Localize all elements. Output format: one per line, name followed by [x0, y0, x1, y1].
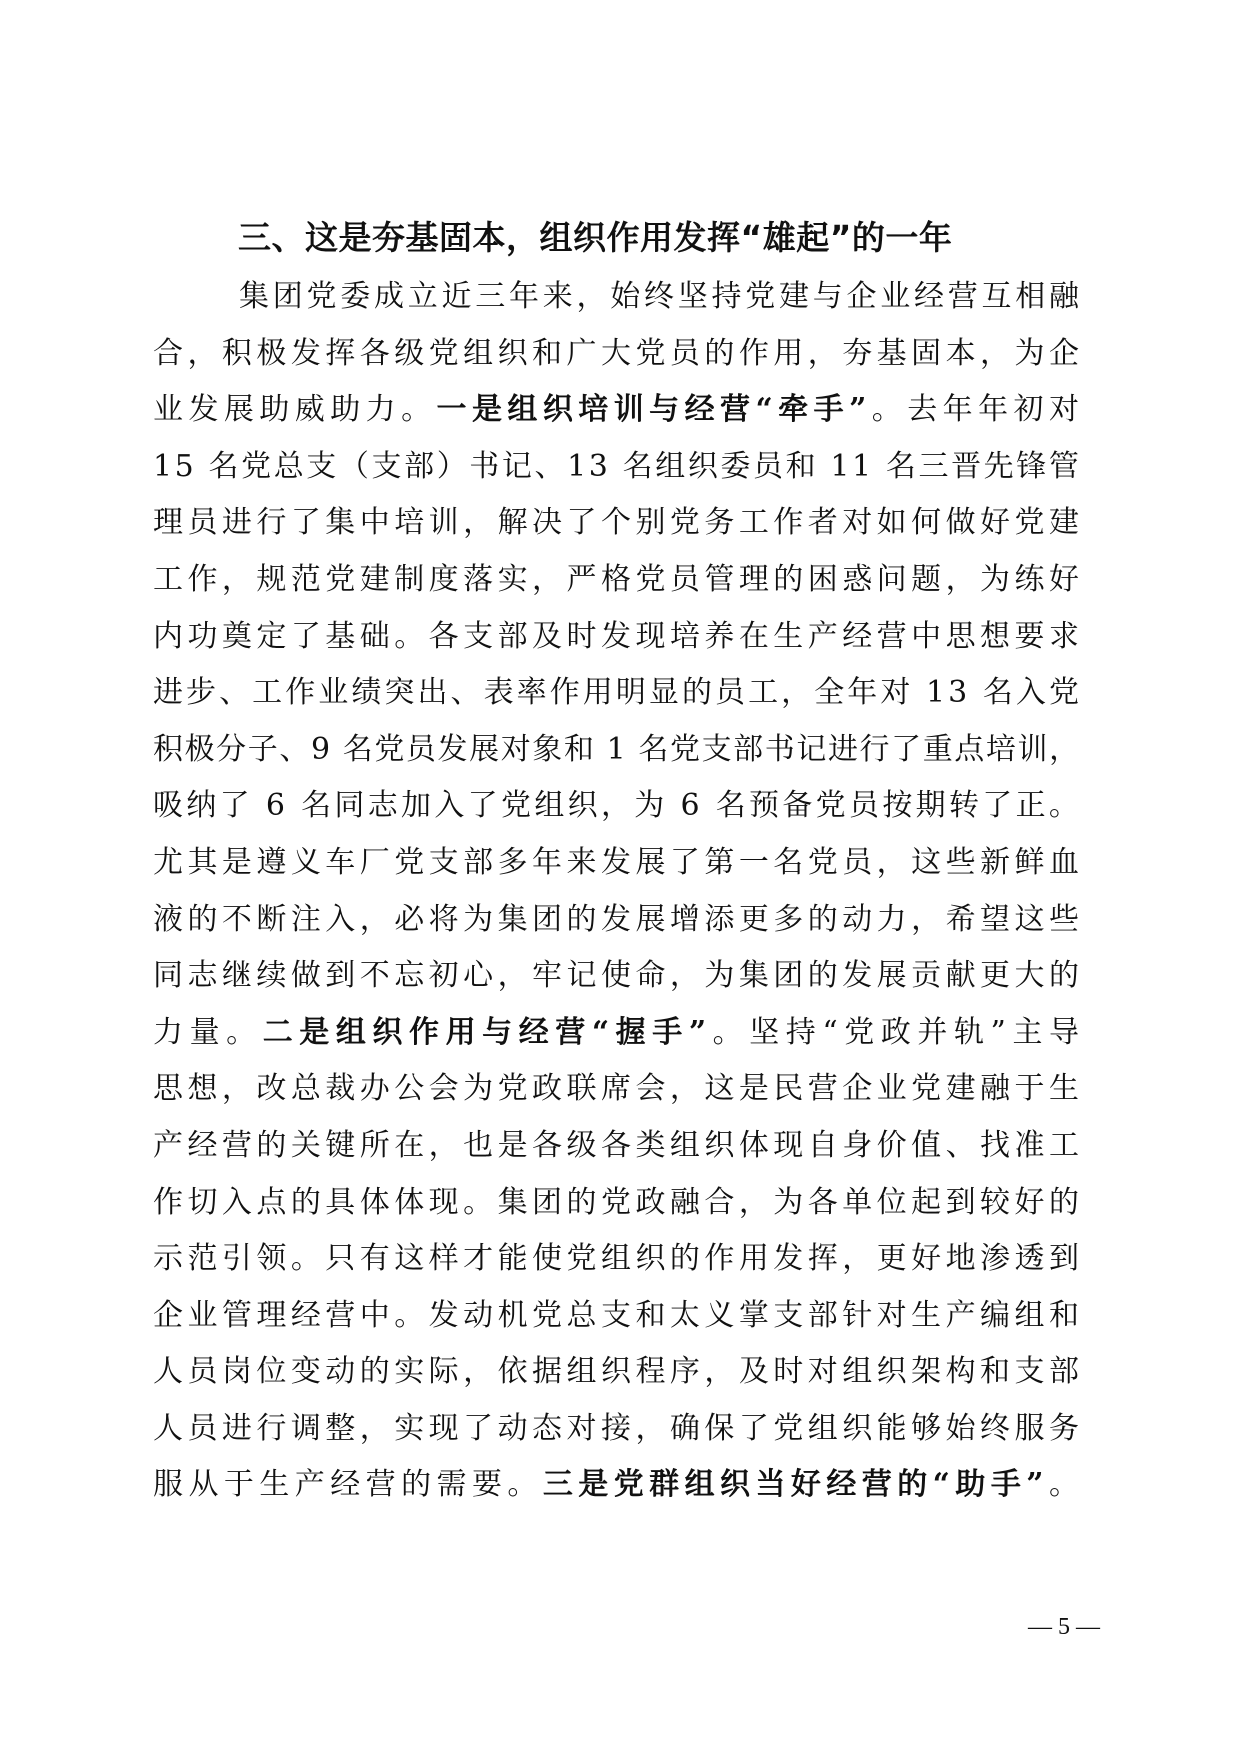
- text-segment: 理员进行了集中培训，解决了个别党务工作者对如何做好党建: [153, 505, 1083, 540]
- paragraph-line: 同志继续做到不忘初心，牢记使命，为集团的发展贡献更大的: [153, 948, 1079, 1005]
- paragraph-line: 进步、工作业绩突出、表率作用明显的员工，全年对 13 名入党: [153, 665, 1079, 722]
- document-page: 三、这是夯基固本，组织作用发挥“雄起”的一年 集团党委成立近三年来，始终坚持党建…: [0, 0, 1241, 1754]
- text-segment: 集团党委成立近三年来，始终坚持党建与企业经营互相融: [239, 279, 1083, 314]
- text-segment: 服从于生产经营的需要。: [153, 1467, 543, 1502]
- page-number: — 5 —: [1028, 1614, 1100, 1641]
- paragraph-line: 人员进行调整，实现了动态对接，确保了党组织能够始终服务: [153, 1401, 1079, 1458]
- paragraph-line: 积极分子、9 名党员发展对象和 1 名党支部书记进行了重点培训，: [153, 722, 1079, 779]
- text-segment: 尤其是遵义车厂党支部多年来发展了第一名党员，这些新鲜血: [153, 845, 1083, 880]
- text-segment: 力量。: [153, 1015, 263, 1050]
- paragraph-line: 思想，改总裁办公会为党政联席会，这是民营企业党建融于生: [153, 1061, 1079, 1118]
- paragraph-line: 集团党委成立近三年来，始终坚持党建与企业经营互相融: [153, 269, 1079, 326]
- section-heading: 三、这是夯基固本，组织作用发挥“雄起”的一年: [238, 216, 952, 260]
- paragraph-line: 吸纳了 6 名同志加入了党组织，为 6 名预备党员按期转了正。: [153, 778, 1079, 835]
- text-segment: 。去年年初对: [872, 392, 1085, 427]
- text-segment: 吸纳了 6 名同志加入了党组织，为 6 名预备党员按期转了正。: [153, 788, 1082, 823]
- paragraph-line: 理员进行了集中培训，解决了个别党务工作者对如何做好党建: [153, 495, 1079, 552]
- paragraph-line: 人员岗位变动的实际，依据组织程序，及时对组织架构和支部: [153, 1344, 1079, 1401]
- text-segment: 工作，规范党建制度落实，严格党员管理的困惑问题，为练好: [153, 562, 1083, 597]
- text-segment: 。: [1049, 1467, 1084, 1502]
- paragraph-line: 工作，规范党建制度落实，严格党员管理的困惑问题，为练好: [153, 552, 1079, 609]
- paragraph-line: 示范引领。只有这样才能使党组织的作用发挥，更好地渗透到: [153, 1231, 1079, 1288]
- paragraph-line: 合，积极发挥各级党组织和广大党员的作用，夯基固本，为企: [153, 326, 1079, 383]
- paragraph-line: 产经营的关键所在，也是各级各类组织体现自身价值、找准工: [153, 1118, 1079, 1175]
- paragraph-line: 业发展助威助力。一是组织培训与经营“牵手”。去年年初对: [153, 382, 1079, 439]
- text-segment: 同志继续做到不忘初心，牢记使命，为集团的发展贡献更大的: [153, 958, 1083, 993]
- text-segment: 产经营的关键所在，也是各级各类组织体现自身价值、找准工: [153, 1128, 1083, 1163]
- paragraph-line: 作切入点的具体体现。集团的党政融合，为各单位起到较好的: [153, 1175, 1079, 1232]
- paragraph-line: 液的不断注入，必将为集团的发展增添更多的动力，希望这些: [153, 892, 1079, 949]
- text-segment: 进步、工作业绩突出、表率作用明显的员工，全年对 13 名入党: [153, 675, 1082, 710]
- text-segment: 。坚持“党政并轨”主导: [713, 1015, 1086, 1050]
- bold-lead-phrase: 二是组织作用与经营“握手”: [263, 1015, 713, 1050]
- paragraph-line: 力量。二是组织作用与经营“握手”。坚持“党政并轨”主导: [153, 1005, 1079, 1062]
- paragraph-line: 15 名党总支（支部）书记、13 名组织委员和 11 名三晋先锋管: [153, 439, 1079, 496]
- text-segment: 人员岗位变动的实际，依据组织程序，及时对组织架构和支部: [153, 1354, 1083, 1389]
- text-segment: 思想，改总裁办公会为党政联席会，这是民营企业党建融于生: [153, 1071, 1083, 1106]
- paragraph-line: 服从于生产经营的需要。三是党群组织当好经营的“助手”。: [153, 1457, 1079, 1514]
- text-segment: 内功奠定了基础。各支部及时发现培养在生产经营中思想要求: [153, 619, 1083, 654]
- text-segment: 作切入点的具体体现。集团的党政融合，为各单位起到较好的: [153, 1185, 1083, 1220]
- text-segment: 企业管理经营中。发动机党总支和太义掌支部针对生产编组和: [153, 1298, 1083, 1333]
- bold-lead-phrase: 三是党群组织当好经营的“助手”: [543, 1467, 1049, 1502]
- text-segment: 人员进行调整，实现了动态对接，确保了党组织能够始终服务: [153, 1411, 1083, 1446]
- text-segment: 合，积极发挥各级党组织和广大党员的作用，夯基固本，为企: [153, 336, 1083, 371]
- paragraph-line: 尤其是遵义车厂党支部多年来发展了第一名党员，这些新鲜血: [153, 835, 1079, 892]
- text-segment: 业发展助威助力。: [153, 392, 437, 427]
- bold-lead-phrase: 一是组织培训与经营“牵手”: [437, 392, 872, 427]
- text-segment: 示范引领。只有这样才能使党组织的作用发挥，更好地渗透到: [153, 1241, 1083, 1276]
- text-segment: 积极分子、9 名党员发展对象和 1 名党支部书记进行了重点培训，: [153, 732, 1081, 767]
- body-text: 集团党委成立近三年来，始终坚持党建与企业经营互相融合，积极发挥各级党组织和广大党…: [153, 269, 1079, 1514]
- paragraph-line: 企业管理经营中。发动机党总支和太义掌支部针对生产编组和: [153, 1288, 1079, 1345]
- paragraph-line: 内功奠定了基础。各支部及时发现培养在生产经营中思想要求: [153, 609, 1079, 666]
- text-segment: 15 名党总支（支部）书记、13 名组织委员和 11 名三晋先锋管: [153, 449, 1081, 484]
- text-segment: 液的不断注入，必将为集团的发展增添更多的动力，希望这些: [153, 902, 1083, 937]
